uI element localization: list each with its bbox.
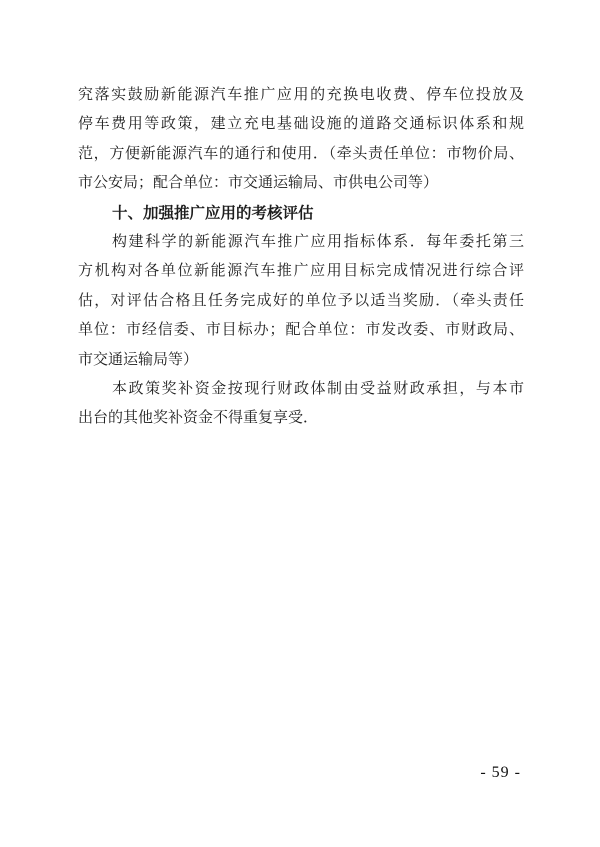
text-line: 单位：市经信委、市目标办；配合单位：市发改委、市财政局、: [78, 316, 524, 345]
text-line: 估，对评估合格且任务完成好的单位予以适当奖励．（牵头责任: [78, 287, 524, 316]
text-line: 市交通运输局等）: [78, 346, 524, 375]
text-line: 停车费用等政策，建立充电基础设施的道路交通标识体系和规: [78, 110, 524, 139]
document-page: 究落实鼓励新能源汽车推广应用的充换电收费、停车位投放及停车费用等政策，建立充电基…: [0, 0, 600, 847]
document-body: 究落实鼓励新能源汽车推广应用的充换电收费、停车位投放及停车费用等政策，建立充电基…: [78, 81, 524, 434]
text-line: 究落实鼓励新能源汽车推广应用的充换电收费、停车位投放及: [78, 81, 524, 110]
text-line: 出台的其他奖补资金不得重复享受．: [78, 404, 524, 433]
text-line: 市公安局；配合单位：市交通运输局、市供电公司等）: [78, 169, 524, 198]
text-line: 范，方便新能源汽车的通行和使用．（牵头责任单位：市物价局、: [78, 140, 524, 169]
page-number: - 59 -: [480, 764, 521, 782]
text-line: 方机构对各单位新能源汽车推广应用目标完成情况进行综合评: [78, 257, 524, 286]
text-line: 本政策奖补资金按现行财政体制由受益财政承担，与本市: [78, 375, 524, 404]
text-line: 构建科学的新能源汽车推广应用指标体系．每年委托第三: [78, 228, 524, 257]
section-heading: 十、加强推广应用的考核评估: [78, 199, 524, 228]
